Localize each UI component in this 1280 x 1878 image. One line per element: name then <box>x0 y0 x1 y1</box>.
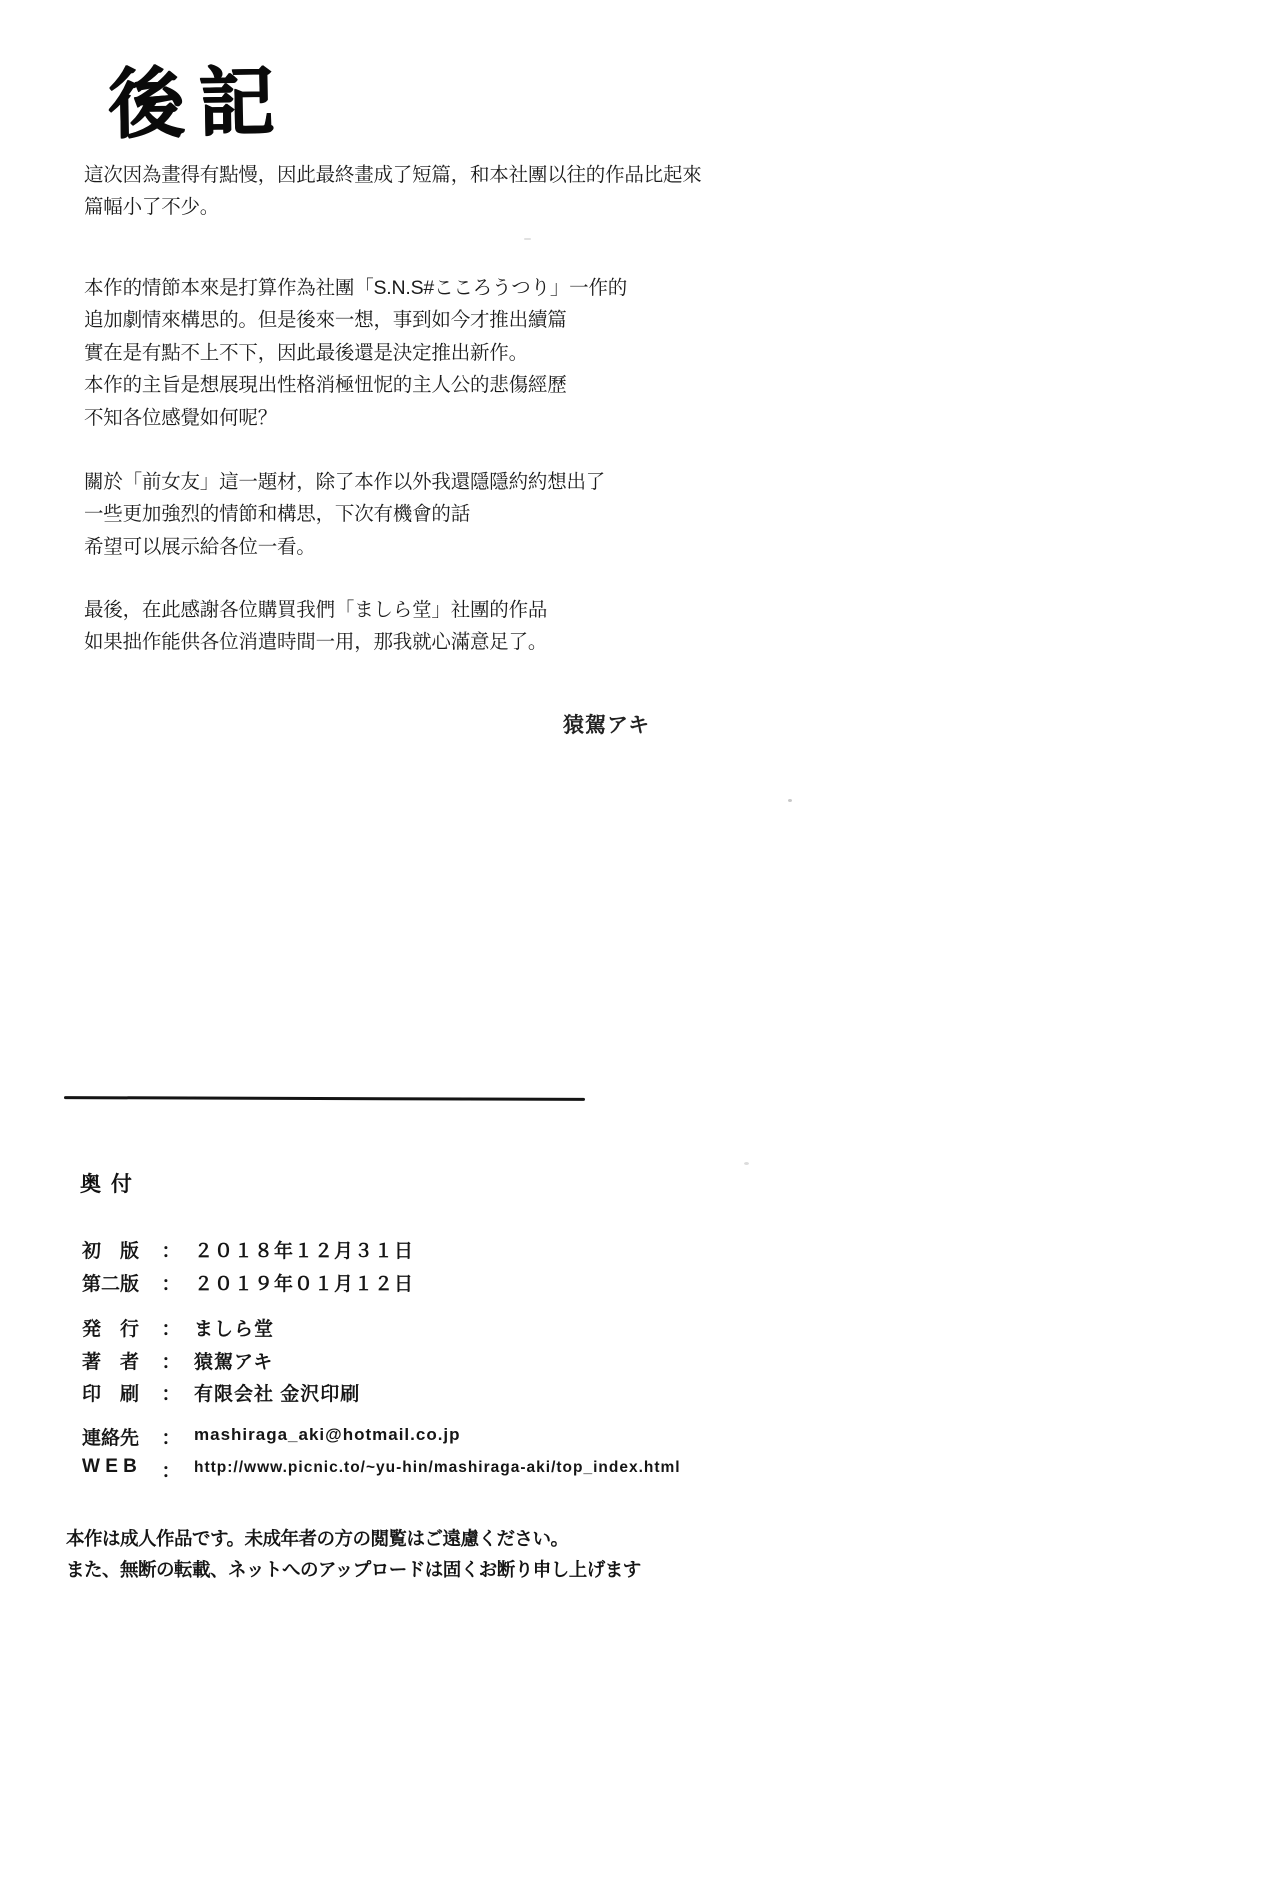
row-label: W E B <box>82 1456 148 1478</box>
colophon-heading: 奥 付 <box>80 1168 134 1198</box>
row-label: 初 版 <box>82 1236 148 1263</box>
row-colon: ： <box>148 1236 194 1263</box>
colophon-row-author: 著 者 ： 猿駕アキ <box>82 1347 360 1380</box>
colophon-edition-rows: 初 版 ： ２０１８年１２月３１日 第二版 ： ２０１９年０１月１２日 <box>82 1236 414 1301</box>
row-value: 有限会社 金沢印刷 <box>194 1379 360 1406</box>
colophon-row-contact-email: 連絡先 ： mashiraga_aki@hotmail.co.jp <box>82 1423 681 1456</box>
row-value: ましら堂 <box>194 1314 274 1341</box>
section-divider <box>64 1096 585 1101</box>
row-label: 連絡先 <box>82 1423 148 1450</box>
row-label: 印 刷 <box>82 1379 148 1406</box>
author-signature: 猿駕アキ <box>563 709 650 739</box>
colophon-row-publisher: 発 行 ： ましら堂 <box>82 1314 360 1347</box>
paragraph-line: 追加劇情來構思的。但是後來一想，事到如今才推出續篇 <box>84 304 627 336</box>
scan-speck <box>524 238 531 240</box>
row-label: 著 者 <box>82 1347 148 1374</box>
afterword-paragraph: 關於「前女友」這一題材，除了本作以外我還隱隱約約想出了 一些更加強烈的情節和構思… <box>84 466 605 563</box>
scanned-afterword-page: 後記 這次因為畫得有點慢，因此最終畫成了短篇，和本社團以往的作品比起來 篇幅小了… <box>0 0 1280 1878</box>
afterword-paragraph: 本作的情節本來是打算作為社團「S.N.S#こころうつり」一作的 追加劇情來構思的… <box>84 272 627 434</box>
page-title: 後記 <box>107 40 289 152</box>
row-value: ２０１９年０１月１２日 <box>194 1269 414 1296</box>
paragraph-line: 關於「前女友」這一題材，除了本作以外我還隱隱約約想出了 <box>84 466 605 498</box>
row-value: 猿駕アキ <box>194 1347 273 1374</box>
row-colon: ： <box>148 1379 194 1406</box>
paragraph-line: 本作的主旨是想展現出性格消極忸怩的主人公的悲傷經歷 <box>84 369 627 401</box>
website-url-text: http://www.picnic.to/~yu-hin/mashiraga-a… <box>194 1456 681 1477</box>
notice-line: 本作は成人作品です。未成年者の方の閲覧はご遠慮ください。 <box>66 1523 641 1554</box>
paragraph-line: 最後，在此感謝各位購買我們「ましら堂」社團的作品 <box>84 594 547 626</box>
paragraph-line: 不知各位感覺如何呢？ <box>84 402 627 434</box>
row-colon: ： <box>148 1269 194 1296</box>
row-label: 第二版 <box>82 1269 148 1296</box>
contact-email-text: mashiraga_aki@hotmail.co.jp <box>194 1423 461 1445</box>
paragraph-line: 本作的情節本來是打算作為社團「S.N.S#こころうつり」一作的 <box>84 272 627 304</box>
paragraph-line: 這次因為畫得有點慢，因此最終畫成了短篇，和本社團以往的作品比起來 <box>84 159 702 191</box>
paragraph-line: 一些更加強烈的情節和構思，下次有機會的話 <box>84 498 605 530</box>
adult-content-notice: 本作は成人作品です。未成年者の方の閲覧はご遠慮ください。 また、無断の転載、ネッ… <box>66 1523 641 1585</box>
colophon-row-website: W E B ： http://www.picnic.to/~yu-hin/mas… <box>82 1456 681 1489</box>
colophon-row-printer: 印 刷 ： 有限会社 金沢印刷 <box>82 1379 360 1412</box>
afterword-paragraph: 最後，在此感謝各位購買我們「ましら堂」社團的作品 如果拙作能供各位消遣時間一用，… <box>84 594 547 659</box>
scan-speck <box>788 799 792 802</box>
colophon-credit-rows: 発 行 ： ましら堂 著 者 ： 猿駕アキ 印 刷 ： 有限会社 金沢印刷 <box>82 1314 360 1412</box>
paragraph-line: 如果拙作能供各位消遣時間一用，那我就心滿意足了。 <box>84 626 547 658</box>
colophon-row-first-edition: 初 版 ： ２０１８年１２月３１日 <box>82 1236 414 1269</box>
paragraph-line: 希望可以展示給各位一看。 <box>84 531 605 563</box>
row-colon: ： <box>148 1423 194 1450</box>
row-colon: ： <box>148 1456 194 1483</box>
paragraph-line: 實在是有點不上不下，因此最後還是決定推出新作。 <box>84 337 627 369</box>
row-colon: ： <box>148 1314 194 1341</box>
colophon-row-second-edition: 第二版 ： ２０１９年０１月１２日 <box>82 1269 414 1302</box>
row-label: 発 行 <box>82 1314 148 1341</box>
colophon-contact-rows: 連絡先 ： mashiraga_aki@hotmail.co.jp W E B … <box>82 1423 681 1488</box>
row-value: ２０１８年１２月３１日 <box>194 1236 414 1263</box>
notice-line: また、無断の転載、ネットへのアップロードは固くお断り申し上げます <box>66 1554 641 1585</box>
paragraph-line: 篇幅小了不少。 <box>84 191 702 223</box>
row-colon: ： <box>148 1347 194 1374</box>
afterword-paragraph: 這次因為畫得有點慢，因此最終畫成了短篇，和本社團以往的作品比起來 篇幅小了不少。 <box>84 159 702 224</box>
scan-speck <box>744 1162 749 1165</box>
